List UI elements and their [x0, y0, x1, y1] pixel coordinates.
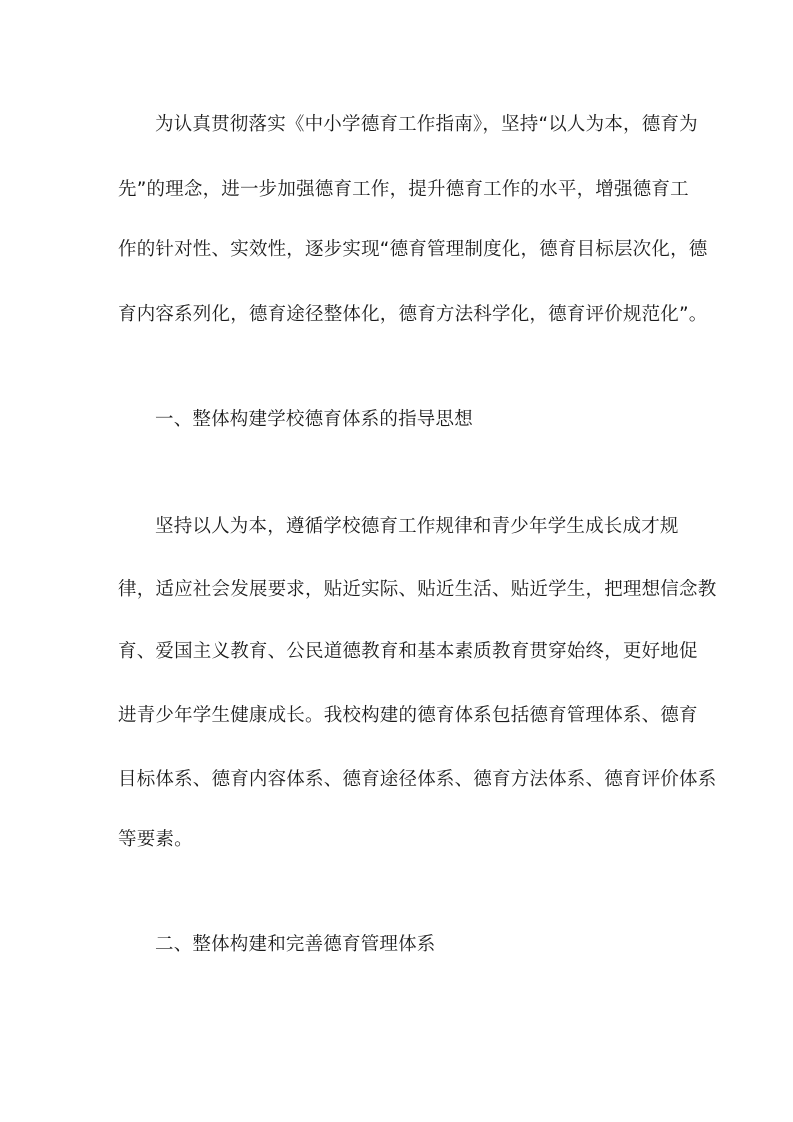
paragraph-2-line-5: 目标体系、德育内容体系、德育途径体系、德育方法体系、德育评价体系 — [118, 768, 678, 792]
paragraph-2-line-2: 律，适应社会发展要求，贴近实际、贴近生活、贴近学生，把理想信念教 — [118, 578, 678, 602]
section-heading-2: 二、整体构建和完善德育管理体系 — [155, 933, 715, 957]
paragraph-1-line-1: 为认真贯彻落实《中小学德育工作指南》，坚持“以人为本，德育为 — [155, 113, 715, 137]
section-heading-1: 一、整体构建学校德育体系的指导思想 — [155, 408, 715, 432]
paragraph-2-line-1: 坚持以人为本，遵循学校德育工作规律和青少年学生成长成才规 — [155, 515, 715, 539]
paragraph-1-line-3: 作的针对性、实效性，逐步实现“德育管理制度化，德育目标层次化，德 — [118, 238, 678, 262]
paragraph-2-line-4: 进青少年学生健康成长。我校构建的德育体系包括德育管理体系、德育 — [118, 704, 678, 728]
paragraph-2-line-6: 等要素。 — [118, 828, 678, 852]
paragraph-1-line-2: 先”的理念，进一步加强德育工作，提升德育工作的水平，增强德育工 — [118, 178, 678, 202]
paragraph-2-line-3: 育、爱国主义教育、公民道德教育和基本素质教育贯穿始终，更好地促 — [118, 640, 678, 664]
paragraph-1-line-4: 育内容系列化，德育途径整体化，德育方法科学化，德育评价规范化”。 — [118, 303, 678, 327]
